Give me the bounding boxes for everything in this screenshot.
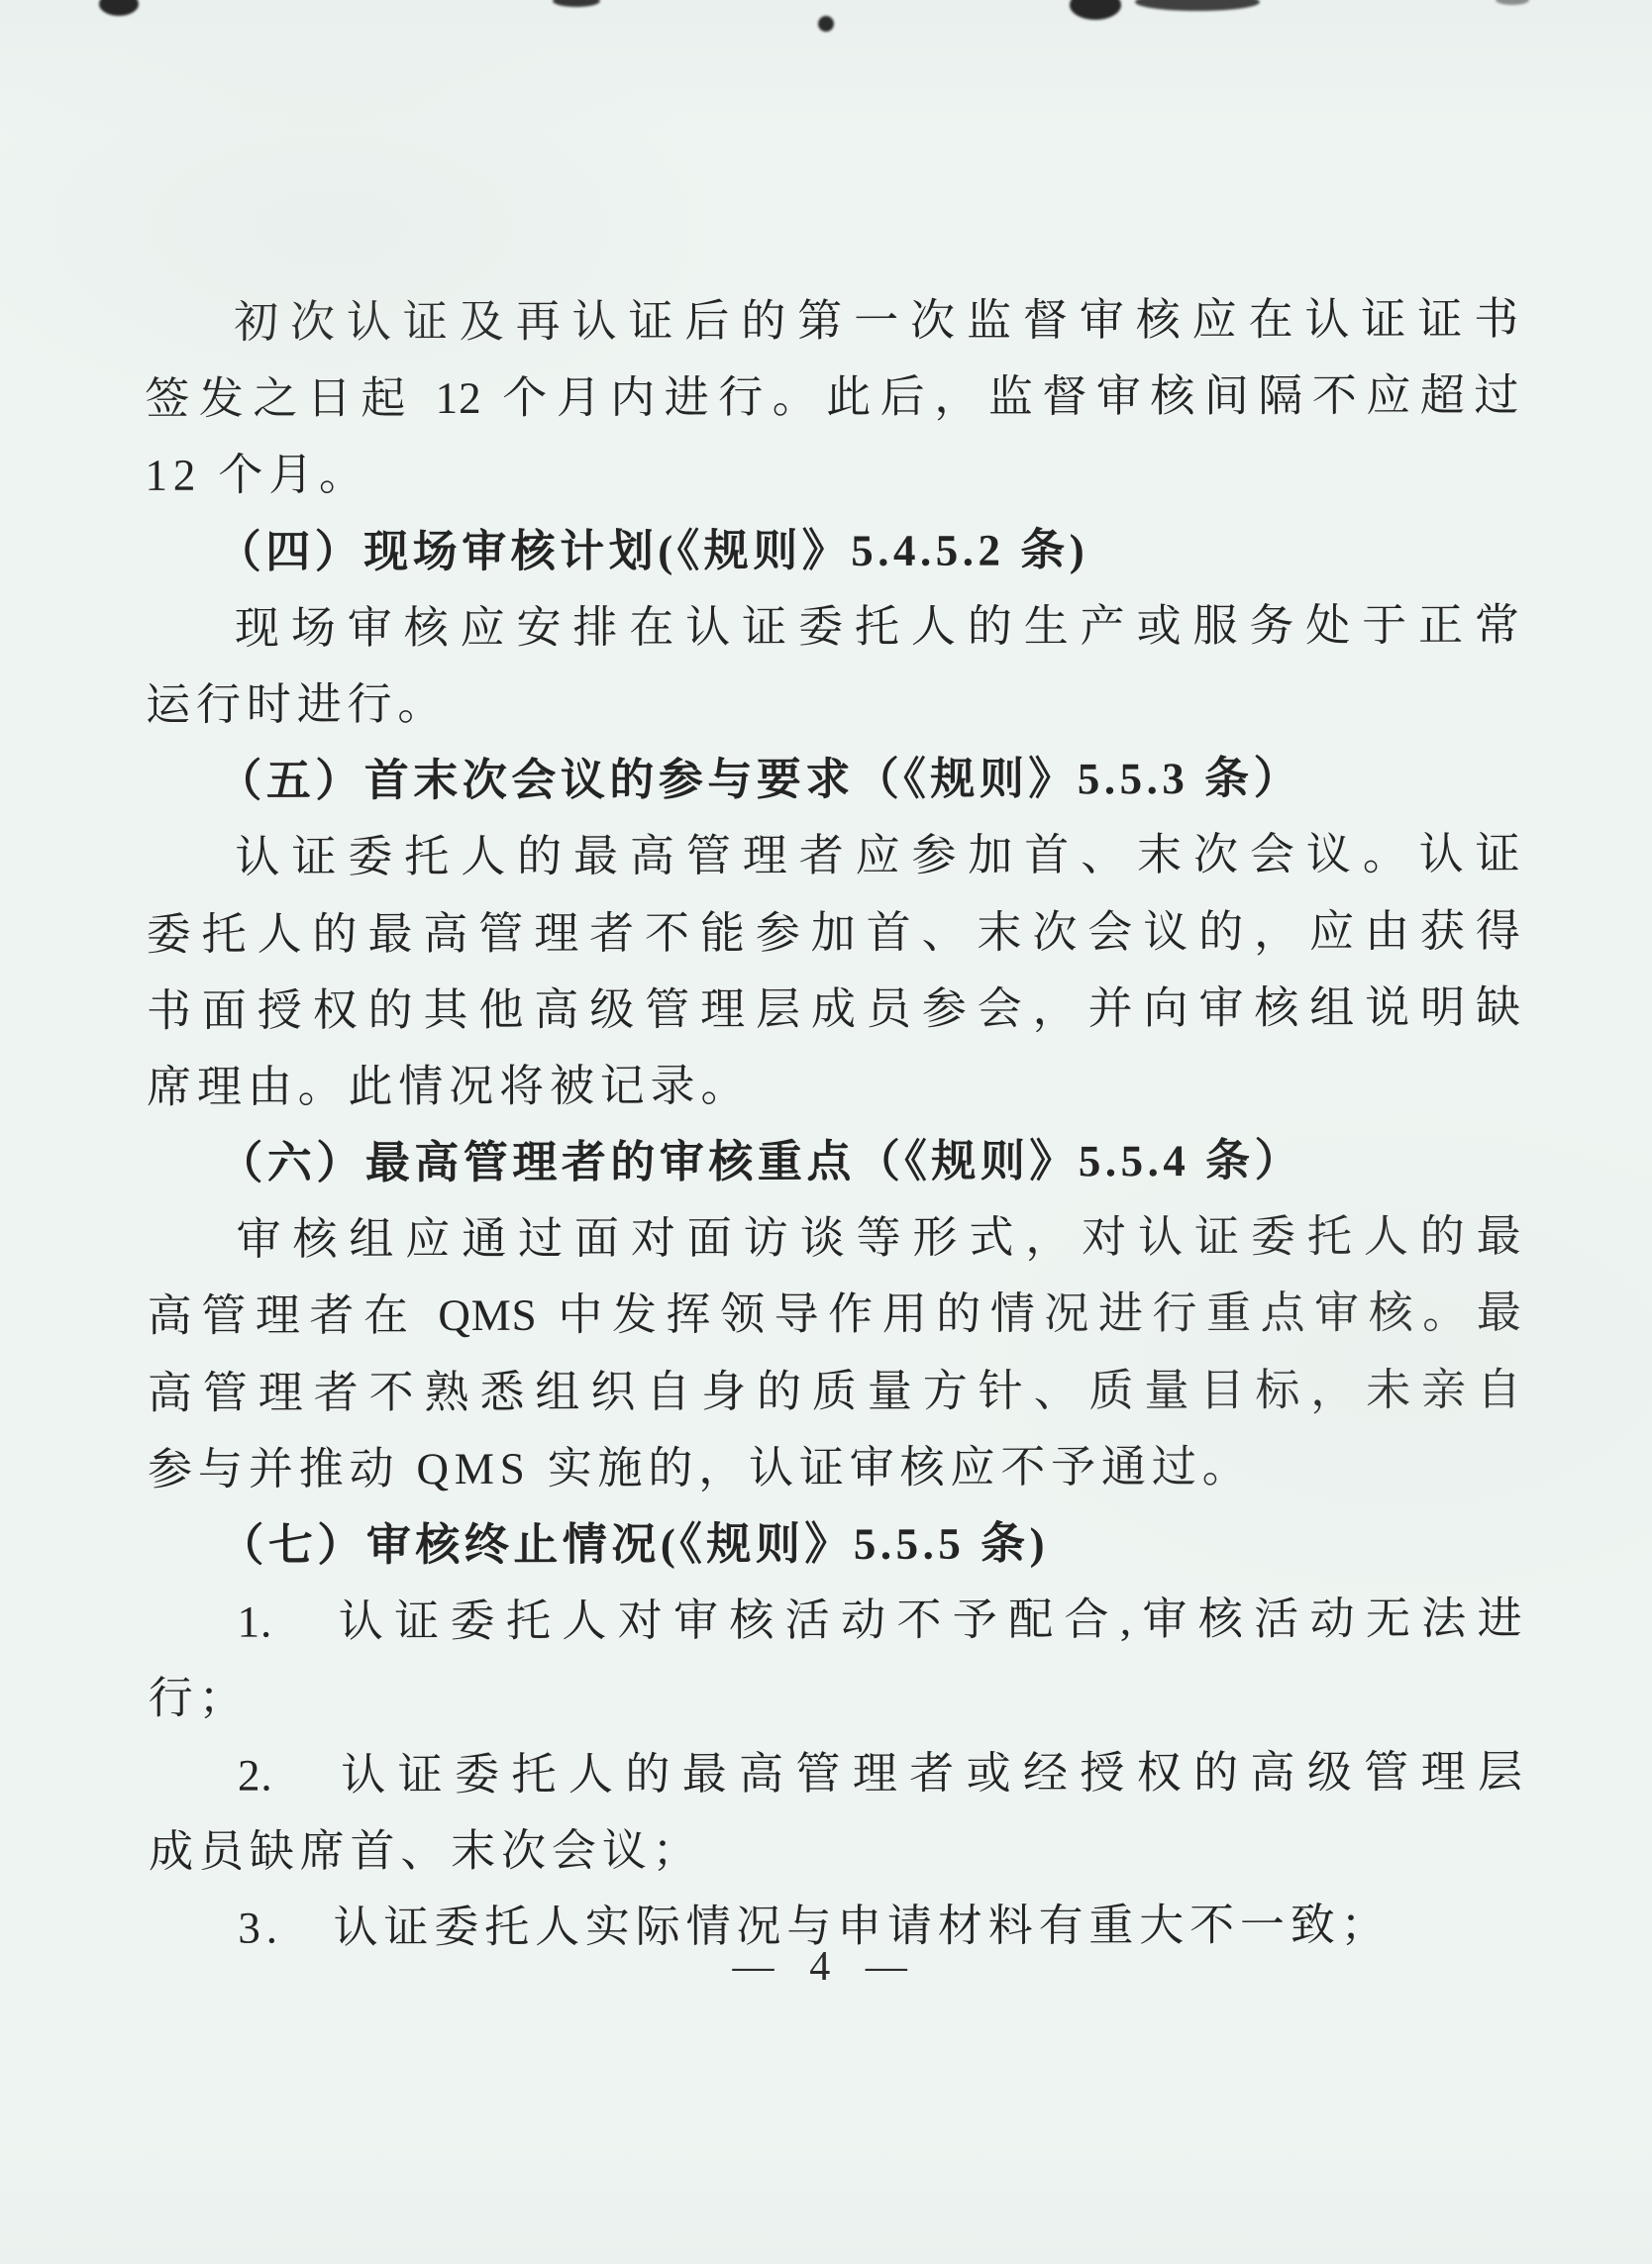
page-number: — 4 — <box>0 1943 1652 1991</box>
text-line: 委托人的最高管理者不能参加首、末次会议的，应由获得 <box>147 893 1521 974</box>
heading-line: （四）现场审核计划(《规则》5.4.5.2 条) <box>146 511 1520 591</box>
scan-artifact <box>99 0 139 16</box>
text-line: 参与并推动 QMS 实施的，认证审核应不予通过。 <box>148 1428 1522 1508</box>
text-line: 认证委托人的最高管理者应参加首、末次会议。认证 <box>146 816 1520 896</box>
heading-line: （七）审核终止情况(《规则》5.5.5 条) <box>148 1504 1522 1585</box>
text-line: 现场审核应安排在认证委托人的生产或服务处于正常 <box>146 587 1520 668</box>
text-line: 行； <box>149 1658 1523 1738</box>
scan-artifact <box>553 0 600 7</box>
text-line: 审核组应通过面对面访谈等形式，对认证委托人的最 <box>147 1198 1521 1279</box>
scan-artifact <box>818 16 834 32</box>
document-body: 初次认证及再认证后的第一次监督审核应在认证证书签发之日起 12 个月内进行。此后… <box>145 281 1523 1967</box>
text-line: 2. 认证委托人的最高管理者或经授权的高级管理层 <box>149 1734 1523 1814</box>
heading-line: （六）最高管理者的审核重点（《规则》5.5.4 条） <box>147 1122 1521 1202</box>
text-line: 成员缺席首、末次会议； <box>149 1810 1523 1891</box>
text-line: 高管理者在 QMS 中发挥领导作用的情况进行重点审核。最 <box>148 1276 1522 1356</box>
text-line: 12 个月。 <box>145 435 1519 515</box>
text-line: 书面授权的其他高级管理层成员参会，并向审核组说明缺 <box>147 970 1521 1050</box>
scanned-document-page: 初次认证及再认证后的第一次监督审核应在认证证书签发之日起 12 个月内进行。此后… <box>0 0 1652 2264</box>
scan-artifact <box>1135 0 1260 11</box>
text-line: 1. 认证委托人对审核活动不予配合,审核活动无法进 <box>148 1581 1522 1661</box>
text-line: 签发之日起 12 个月内进行。此后，监督审核间隔不应超过 <box>145 358 1519 438</box>
text-line: 运行时进行。 <box>146 664 1520 744</box>
text-line: 初次认证及再认证后的第一次监督审核应在认证证书 <box>145 281 1519 361</box>
scan-artifact <box>1496 0 1529 5</box>
scan-artifact <box>1070 0 1121 20</box>
heading-line: （五）首末次会议的参与要求（《规则》5.5.3 条） <box>146 740 1520 820</box>
text-line: 高管理者不熟悉组织自身的质量方针、质量目标，未亲自 <box>148 1352 1522 1432</box>
text-line: 席理由。此情况将被记录。 <box>147 1046 1521 1126</box>
